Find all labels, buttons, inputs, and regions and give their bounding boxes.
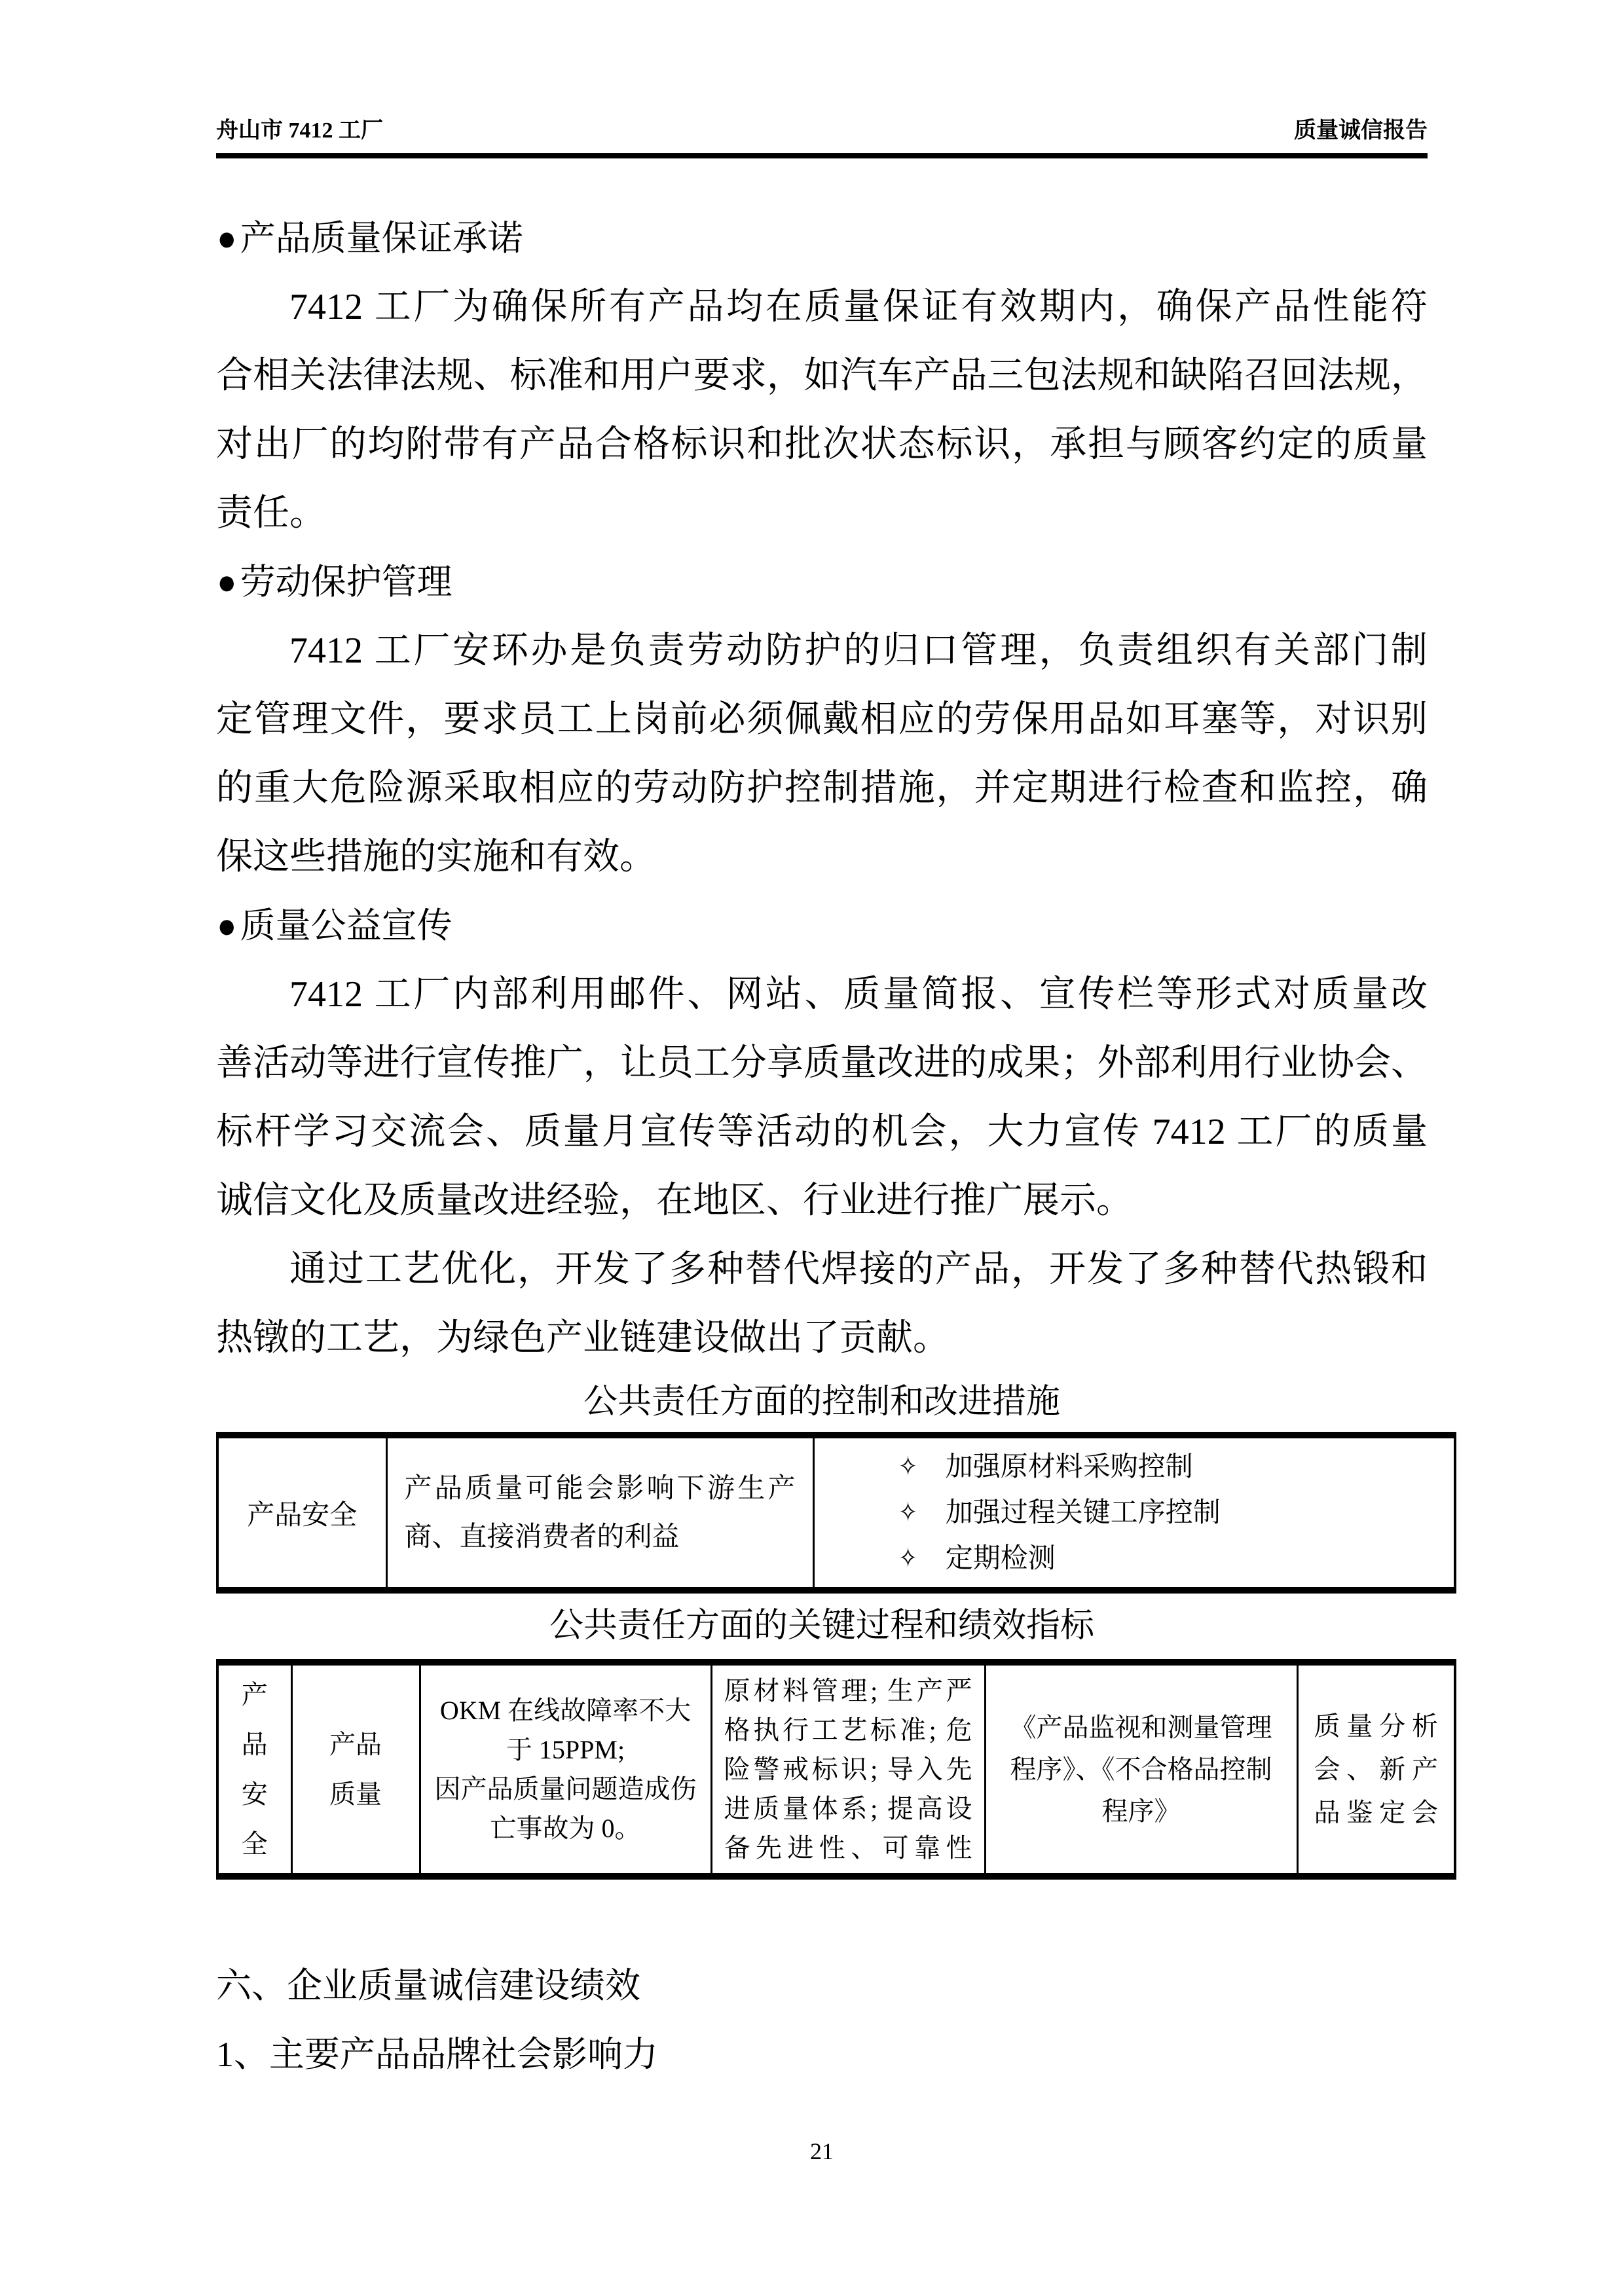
measure-item: ✧定期检测 bbox=[896, 1536, 1441, 1582]
paragraph-line: 诚信文化及质量改进经验，在地区、行业进行推广展示。 bbox=[216, 1167, 1428, 1235]
paragraph-line: 的重大危险源采取相应的劳动防护控制措施，并定期进行检查和监控，确 bbox=[216, 754, 1428, 823]
paragraph-line: 保这些措施的实施和有效。 bbox=[216, 823, 1428, 892]
heading-text: 产品质量保证承诺 bbox=[240, 219, 523, 258]
bullet-icon: ● bbox=[217, 204, 236, 273]
paragraph-line: 善活动等进行宣传推广，让员工分享质量改进的成果；外部利用行业协会、 bbox=[216, 1029, 1428, 1098]
cell-key-process: 产品 质量 bbox=[291, 1662, 420, 1876]
paragraph-line: 对出厂的均附带有产品合格标识和批次状态标识，承担与顾客约定的质量 bbox=[216, 410, 1428, 479]
cell-impact-description: 产品质量可能会影响下游生产商、直接消费者的利益 bbox=[386, 1435, 813, 1590]
measure-text: 加强原材料采购控制 bbox=[946, 1452, 1193, 1482]
cell-performance-indicator: OKM 在线故障率不大于 15PPM; 因产品质量问题造成伤亡事故为 0。 bbox=[420, 1662, 711, 1876]
section-heading-performance: 六、企业质量诚信建设绩效 bbox=[216, 1952, 1428, 2020]
bullet-icon: ● bbox=[217, 548, 236, 617]
public-responsibility-control-table: 产品安全 产品质量可能会影响下游生产商、直接消费者的利益 ✧加强原材料采购控制 … bbox=[216, 1432, 1456, 1594]
cell-risk-area-vertical: 产品安全 bbox=[217, 1662, 291, 1876]
paragraph-line: 标杆学习交流会、质量月宣传等活动的机会，大力宣传 7412 工厂的质量 bbox=[216, 1098, 1428, 1167]
paragraph-line: 通过工艺优化，开发了多种替代焊接的产品，开发了多种替代热锻和 bbox=[216, 1235, 1428, 1304]
paragraph-quality-commitment: 7412 工厂为确保所有产品均在质量保证有效期内，确保产品性能符 合相关法律法规… bbox=[216, 273, 1428, 548]
heading-text: 劳动保护管理 bbox=[240, 562, 452, 602]
paragraph-line: 7412 工厂内部利用邮件、网站、质量简报、宣传栏等形式对质量改 bbox=[216, 960, 1428, 1029]
table2-title: 公共责任方面的关键过程和绩效指标 bbox=[216, 1594, 1428, 1659]
paragraph-line: 热镦的工艺，为绿色产业链建设做出了贡献。 bbox=[216, 1304, 1428, 1373]
header-left-title: 舟山市 7412 工厂 bbox=[216, 118, 383, 144]
paragraph-labor-protection: 7412 工厂安环办是负责劳动防护的归口管理，负责组织有关部门制 定管理文件，要… bbox=[216, 617, 1428, 892]
cell-procedure-documents: 《产品监视和测量管理程序》、《不合格品控制程序》 bbox=[985, 1662, 1297, 1876]
measure-item: ✧加强原材料采购控制 bbox=[896, 1444, 1441, 1490]
paragraph-process-optimization: 通过工艺优化，开发了多种替代焊接的产品，开发了多种替代热锻和 热镦的工艺，为绿色… bbox=[216, 1235, 1428, 1373]
table-row: 产品安全 产品质量可能会影响下游生产商、直接消费者的利益 ✧加强原材料采购控制 … bbox=[217, 1435, 1455, 1590]
document-page: 舟山市 7412 工厂 质量诚信报告 ●产品质量保证承诺 7412 工厂为确保所… bbox=[0, 0, 1624, 2296]
paragraph-line: 合相关法律法规、标准和用户要求，如汽车产品三包法规和缺陷召回法规， bbox=[216, 342, 1428, 410]
paragraph-quality-publicity: 7412 工厂内部利用邮件、网站、质量简报、宣传栏等形式对质量改 善活动等进行宣… bbox=[216, 960, 1428, 1235]
cell-review-meetings: 质量分析会、新产品鉴定会 bbox=[1297, 1662, 1455, 1876]
cell-control-measures: 原材料管理; 生产严格执行工艺标准; 危险警戒标识; 导入先进质量体系; 提高设… bbox=[711, 1662, 985, 1876]
table1-title: 公共责任方面的控制和改进措施 bbox=[216, 1373, 1428, 1432]
bullet-icon: ● bbox=[217, 892, 236, 960]
measure-item: ✧加强过程关键工序控制 bbox=[896, 1490, 1441, 1536]
measure-text: 加强过程关键工序控制 bbox=[946, 1498, 1221, 1528]
cell-improvement-measures: ✧加强原材料采购控制 ✧加强过程关键工序控制 ✧定期检测 bbox=[813, 1435, 1455, 1590]
heading-labor-protection: ●劳动保护管理 bbox=[216, 548, 1428, 617]
heading-quality-publicity: ●质量公益宣传 bbox=[216, 892, 1428, 960]
subsection-heading-brand-influence: 1、主要产品品牌社会影响力 bbox=[216, 2020, 1428, 2089]
header-right-title: 质量诚信报告 bbox=[1294, 118, 1428, 144]
diamond-bullet-icon: ✧ bbox=[898, 1536, 917, 1582]
page-header: 舟山市 7412 工厂 质量诚信报告 bbox=[216, 118, 1428, 158]
diamond-bullet-icon: ✧ bbox=[898, 1490, 917, 1536]
cell-risk-area: 产品安全 bbox=[217, 1435, 386, 1590]
paragraph-line: 7412 工厂为确保所有产品均在质量保证有效期内，确保产品性能符 bbox=[216, 273, 1428, 342]
diamond-bullet-icon: ✧ bbox=[898, 1444, 917, 1490]
measure-text: 定期检测 bbox=[946, 1544, 1056, 1574]
indicator-line: 因产品质量问题造成伤亡事故为 0。 bbox=[430, 1770, 701, 1848]
heading-text: 质量公益宣传 bbox=[240, 906, 452, 945]
paragraph-line: 责任。 bbox=[216, 479, 1428, 548]
page-content: 舟山市 7412 工厂 质量诚信报告 ●产品质量保证承诺 7412 工厂为确保所… bbox=[0, 0, 1624, 2184]
paragraph-line: 定管理文件，要求员工上岗前必须佩戴相应的劳保用品如耳塞等，对识别 bbox=[216, 685, 1428, 754]
key-process-kpi-table: 产品安全 产品 质量 OKM 在线故障率不大于 15PPM; 因产品质量问题造成… bbox=[216, 1659, 1456, 1880]
heading-product-quality-commitment: ●产品质量保证承诺 bbox=[216, 204, 1428, 273]
paragraph-line: 7412 工厂安环办是负责劳动防护的归口管理，负责组织有关部门制 bbox=[216, 617, 1428, 685]
indicator-line: OKM 在线故障率不大于 15PPM; bbox=[430, 1691, 701, 1770]
vertical-text: 产品安全 bbox=[242, 1670, 268, 1869]
page-number: 21 bbox=[216, 2119, 1428, 2184]
table-row: 产品安全 产品 质量 OKM 在线故障率不大于 15PPM; 因产品质量问题造成… bbox=[217, 1662, 1455, 1876]
